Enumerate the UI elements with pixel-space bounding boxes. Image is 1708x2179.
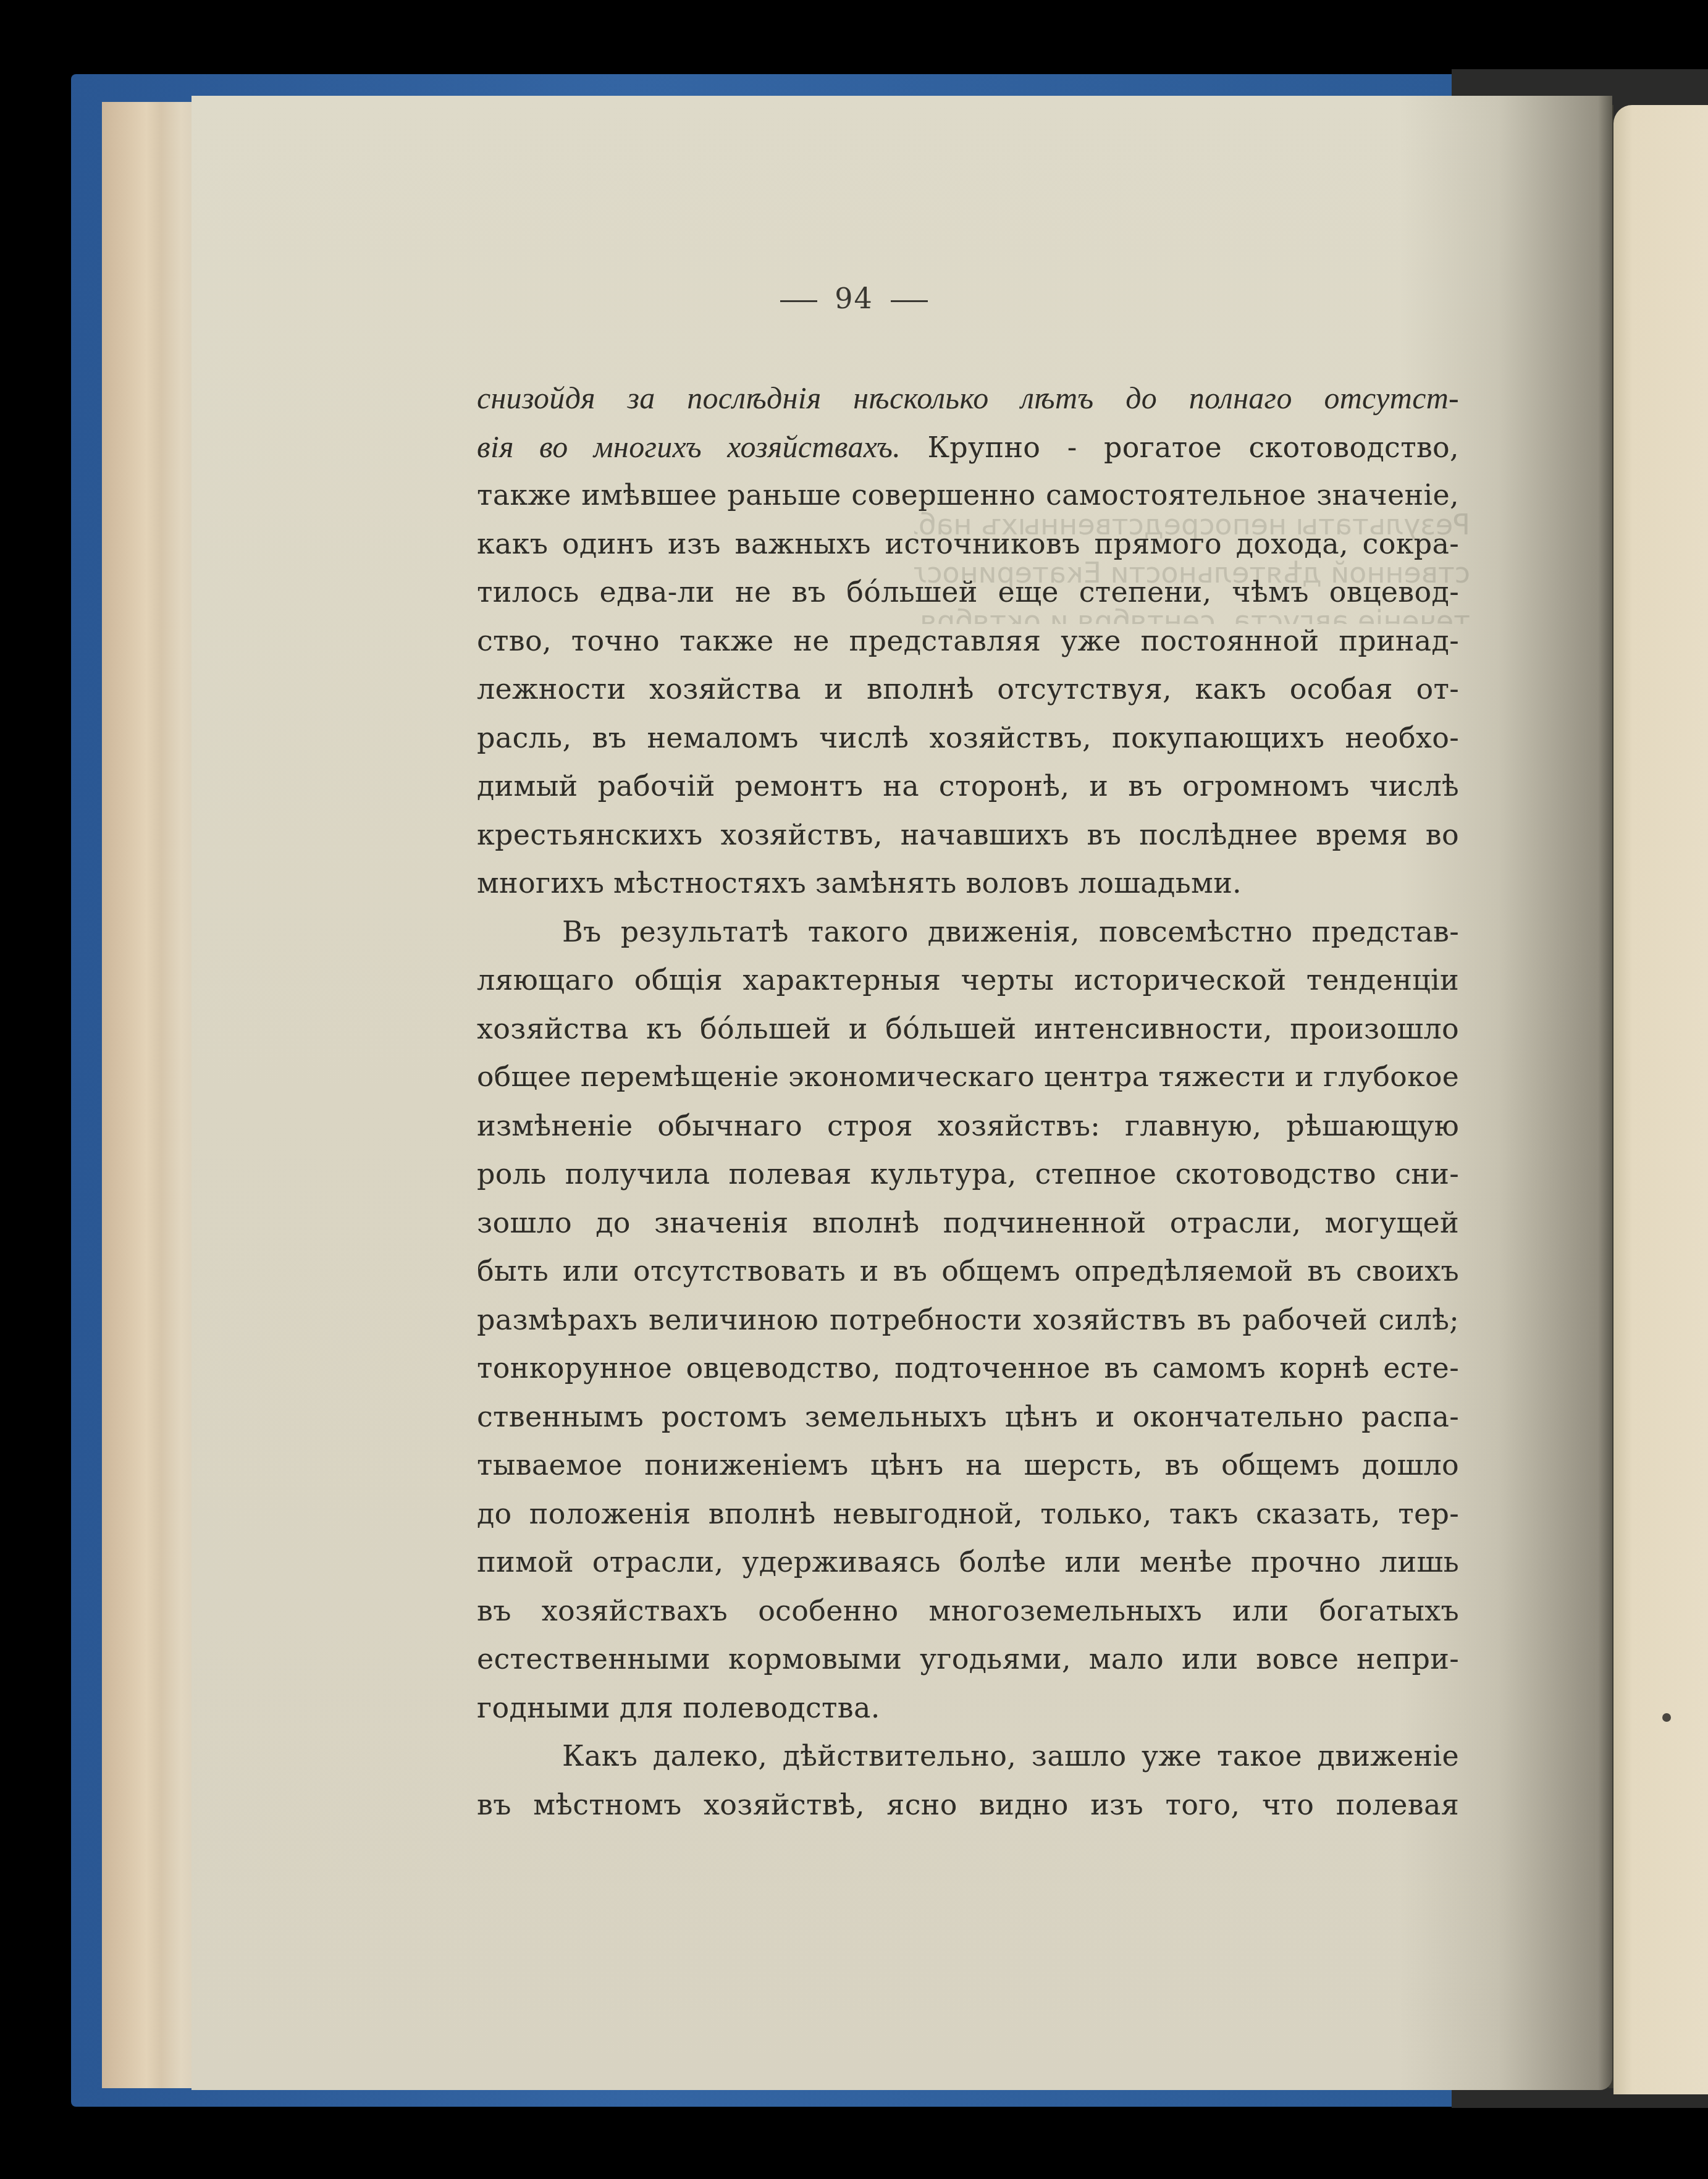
text-line: ляющаго общія характерныя черты историче… — [477, 956, 1459, 1005]
line-text: измѣненіе обычнаго строя хозяйствъ: глав… — [477, 1109, 1459, 1142]
folio-dash-left — [780, 300, 817, 302]
text-line: въ мѣстномъ хозяйствѣ, ясно видно изъ то… — [477, 1781, 1459, 1829]
text-line: димый рабочій ремонтъ на сторонѣ, и въ о… — [477, 762, 1459, 811]
line-text: ственнымъ ростомъ земельныхъ цѣнъ и окон… — [477, 1400, 1459, 1433]
line-text: также имѣвшее раньше совершенно самостоя… — [477, 478, 1459, 512]
text-line: ство, точно также не представляя уже пос… — [477, 617, 1459, 665]
line-text: какъ одинъ изъ важныхъ источниковъ прямо… — [477, 527, 1459, 560]
line-text: тываемое пониженіемъ цѣнъ на шерсть, въ … — [477, 1448, 1459, 1481]
text-line: пимой отрасли, удерживаясь болѣе или мен… — [477, 1538, 1459, 1587]
folio-dash-right — [891, 300, 928, 302]
text-line: вія во многихъ хозяйствахъ. Крупно - рог… — [477, 423, 1459, 471]
text-line: снизойдя за послѣднія нѣсколько лѣтъ до … — [477, 374, 1459, 423]
line-text: общее перемѣщеніе экономическаго центра … — [477, 1060, 1459, 1093]
line-text: въ мѣстномъ хозяйствѣ, ясно видно изъ то… — [477, 1788, 1459, 1821]
page-edges — [102, 102, 201, 2088]
line-text: ство, точно также не представляя уже пос… — [477, 624, 1459, 657]
text-line: роль получила полевая культура, степное … — [477, 1150, 1459, 1199]
line-text: хозяйства къ бо́льшей и бо́льшей интенси… — [477, 1012, 1459, 1045]
line-text: естественными кормовыми угодьями, мало и… — [477, 1642, 1459, 1675]
text-line: быть или отсутствовать и въ общемъ опред… — [477, 1247, 1459, 1296]
text-line: общее перемѣщеніе экономическаго центра … — [477, 1053, 1459, 1102]
ink-spot — [1662, 1713, 1671, 1722]
line-text: тонкорунное овцеводство, подточенное въ … — [477, 1351, 1459, 1385]
text-line: Въ результатѣ такого движенія, повсемѣст… — [477, 908, 1459, 956]
text-line: измѣненіе обычнаго строя хозяйствъ: глав… — [477, 1102, 1459, 1150]
line-text: пимой отрасли, удерживаясь болѣе или мен… — [477, 1545, 1459, 1578]
line-text: до положенія вполнѣ невыгодной, только, … — [477, 1497, 1459, 1530]
line-text: многихъ мѣстностяхъ замѣнять воловъ лоша… — [477, 866, 1242, 900]
text-line: тонкорунное овцеводство, подточенное въ … — [477, 1344, 1459, 1393]
emphasis-text: снизойдя за послѣднія нѣсколько лѣтъ до … — [477, 381, 1459, 415]
line-text: въ хозяйствахъ особенно многоземельныхъ … — [477, 1594, 1459, 1627]
text-line: до положенія вполнѣ невыгодной, только, … — [477, 1490, 1459, 1538]
text-line: хозяйства къ бо́льшей и бо́льшей интенси… — [477, 1005, 1459, 1053]
text-line: лежности хозяйства и вполнѣ отсутствуя, … — [477, 665, 1459, 714]
text-line: въ хозяйствахъ особенно многоземельныхъ … — [477, 1587, 1459, 1635]
text-line: какъ одинъ изъ важныхъ источниковъ прямо… — [477, 520, 1459, 568]
text-line: тилось едва-ли не въ бо́льшей еще степен… — [477, 568, 1459, 617]
line-text: лежности хозяйства и вполнѣ отсутствуя, … — [477, 672, 1459, 706]
text-line: размѣрахъ величиною потребности хозяйств… — [477, 1296, 1459, 1344]
emphasis-text: вія во многихъ хозяйствахъ. — [477, 429, 901, 464]
text-line: крестьянскихъ хозяйствъ, начавшихъ въ по… — [477, 811, 1459, 859]
text-line: естественными кормовыми угодьями, мало и… — [477, 1635, 1459, 1684]
text-line: ственнымъ ростомъ земельныхъ цѣнъ и окон… — [477, 1393, 1459, 1441]
line-text: роль получила полевая культура, степное … — [477, 1157, 1459, 1191]
facing-page — [1613, 105, 1708, 2094]
line-text: димый рабочій ремонтъ на сторонѣ, и въ о… — [477, 769, 1459, 803]
text-line: тываемое пониженіемъ цѣнъ на шерсть, въ … — [477, 1441, 1459, 1490]
line-text: Въ результатѣ такого движенія, повсемѣст… — [562, 915, 1459, 948]
line-text: расль, въ немаломъ числѣ хозяйствъ, поку… — [477, 721, 1459, 754]
page-number: 94 — [0, 282, 1708, 315]
line-text: ляющаго общія характерныя черты историче… — [477, 963, 1459, 997]
page-number-value: 94 — [835, 282, 873, 315]
line-text: быть или отсутствовать и въ общемъ опред… — [477, 1254, 1459, 1288]
line-text: годными для полеводства. — [477, 1691, 880, 1724]
line-text: крестьянскихъ хозяйствъ, начавшихъ въ по… — [477, 818, 1459, 851]
line-text: размѣрахъ величиною потребности хозяйств… — [477, 1303, 1459, 1336]
text-line: годными для полеводства. — [477, 1684, 1459, 1732]
text-line: многихъ мѣстностяхъ замѣнять воловъ лоша… — [477, 859, 1459, 908]
text-line: Какъ далеко, дѣйствительно, зашло уже та… — [477, 1732, 1459, 1781]
text-line: зошло до значенія вполнѣ подчиненной отр… — [477, 1199, 1459, 1247]
line-text: зошло до значенія вполнѣ подчиненной отр… — [477, 1206, 1459, 1239]
line-text: Крупно - рогатое скотоводство, — [901, 431, 1459, 464]
line-text: тилось едва-ли не въ бо́льшей еще степен… — [477, 575, 1459, 609]
line-text: Какъ далеко, дѣйствительно, зашло уже та… — [562, 1739, 1459, 1772]
text-line: расль, въ немаломъ числѣ хозяйствъ, поку… — [477, 714, 1459, 762]
text-line: также имѣвшее раньше совершенно самостоя… — [477, 471, 1459, 520]
body-text: снизойдя за послѣднія нѣсколько лѣтъ до … — [477, 374, 1459, 1829]
